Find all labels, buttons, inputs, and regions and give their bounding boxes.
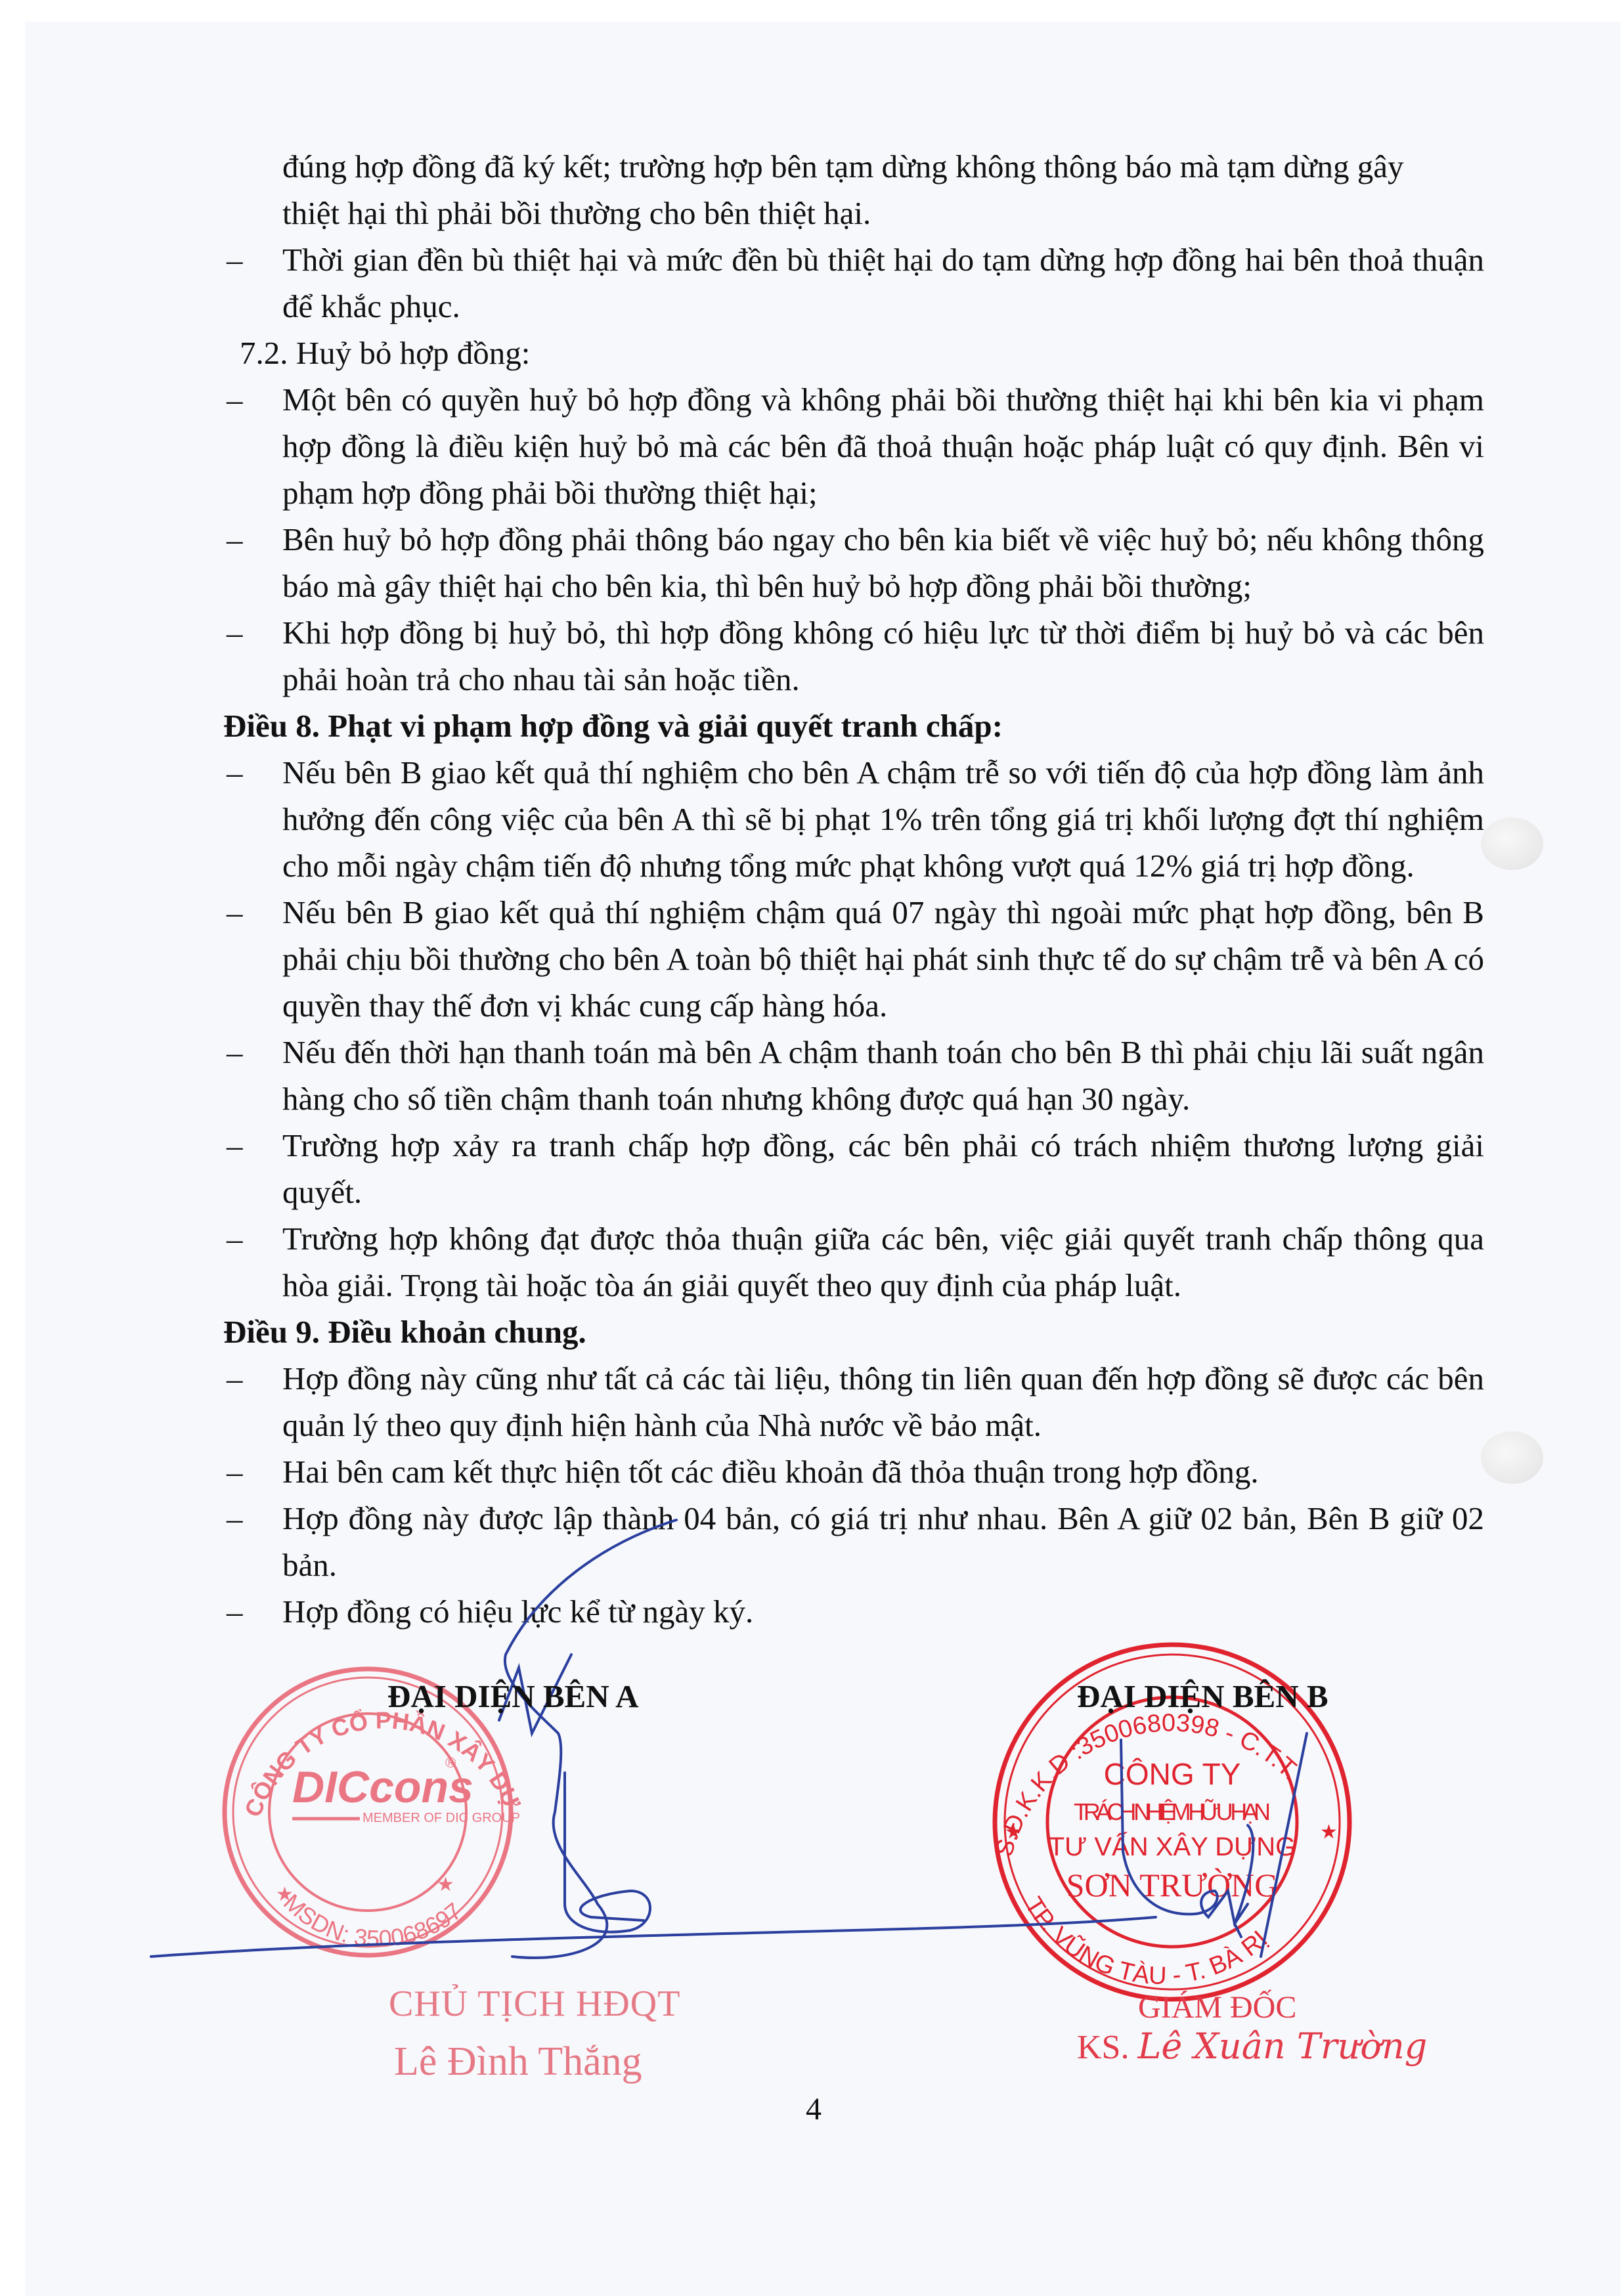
- party-a-name: Lê Đình Thắng: [394, 2039, 642, 2085]
- svg-text:S.Đ.K.K.D :3500680398 - C.T.T.: S.Đ.K.K.D :3500680398 - C.T.T.N.H.H: [0, 0, 1305, 1859]
- page-number: 4: [806, 2091, 822, 2127]
- party-a-role: CHỦ TỊCH HĐQT: [389, 1983, 680, 2025]
- party-a-label: ĐẠI DIỆN BÊN A: [387, 1678, 639, 1715]
- stamps-and-signatures: CÔNG TY CỔ PHẦN XÂY DỰNG DIC HOLDINGS MS…: [0, 0, 1624, 2296]
- party-b-name: KS. Lê Xuân Trường: [1077, 2025, 1427, 2067]
- svg-text:CÔNG TY CỔ PHẦN XÂY DỰNG DIC H: CÔNG TY CỔ PHẦN XÂY DỰNG DIC HOLDINGS: [0, 0, 526, 1821]
- party-b-role: GIÁM ĐỐC: [1138, 1989, 1296, 2025]
- svg-text:★: ★: [1005, 1821, 1022, 1843]
- svg-text:CÔNG TY: CÔNG TY: [1104, 1757, 1241, 1791]
- stamp-party-a: CÔNG TY CỔ PHẦN XÂY DỰNG DIC HOLDINGS MS…: [0, 0, 526, 1955]
- svg-text:★: ★: [276, 1884, 294, 1905]
- svg-text:MSDN: 3500686978: MSDN: 3500686978: [0, 0, 467, 1952]
- svg-text:TƯ VẤN XÂY DỰNG: TƯ VẤN XÂY DỰNG: [1049, 1831, 1296, 1861]
- party-b-label: ĐẠI DIỆN BÊN B: [1077, 1678, 1328, 1715]
- svg-text:TRÁCH NHIỆM HỮU HẠN: TRÁCH NHIỆM HỮU HẠN: [1074, 1798, 1271, 1825]
- svg-text:MEMBER OF DIC GROUP: MEMBER OF DIC GROUP: [362, 1811, 520, 1825]
- svg-text:®: ®: [445, 1754, 456, 1771]
- svg-text:★: ★: [437, 1874, 454, 1895]
- svg-text:★: ★: [1320, 1821, 1338, 1843]
